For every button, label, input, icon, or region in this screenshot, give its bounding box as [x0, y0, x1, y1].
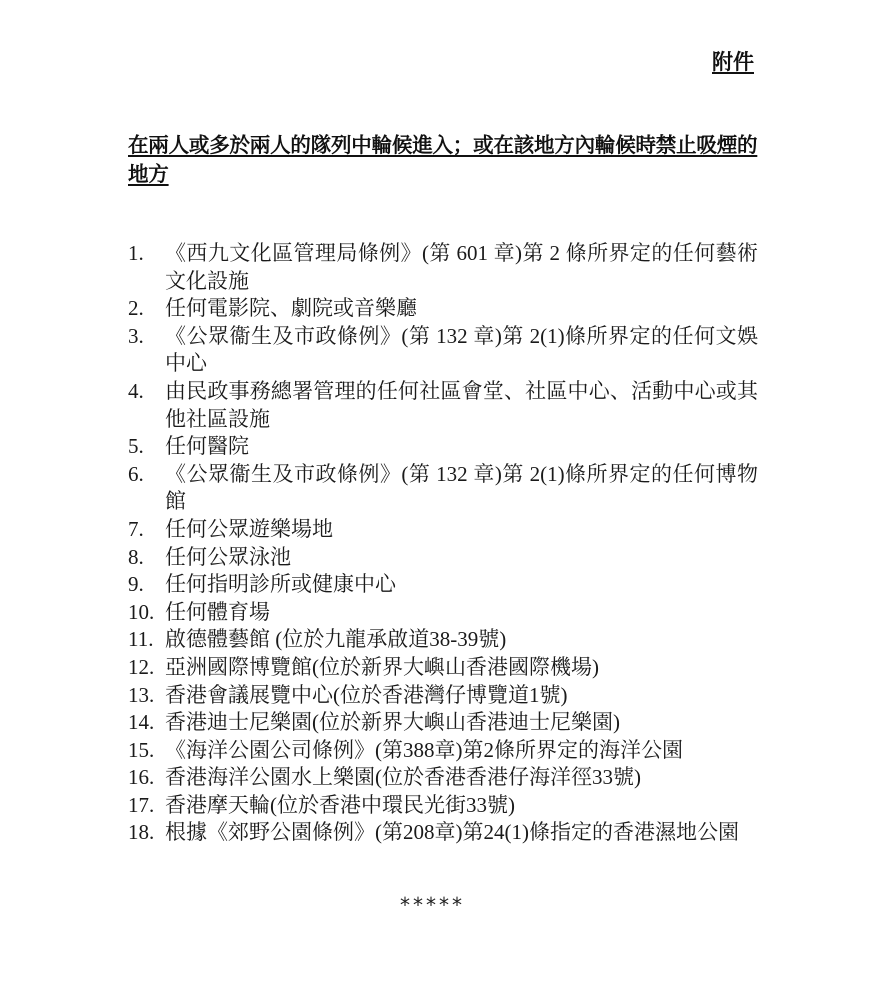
item-number: 4. [128, 378, 165, 406]
item-number: 1. [128, 240, 165, 268]
item-number: 17. [128, 792, 165, 820]
item-text: 任何公眾泳池 [165, 544, 758, 572]
item-number: 13. [128, 682, 165, 710]
list-item: 17.香港摩天輪(位於香港中環民光街33號) [128, 792, 758, 820]
item-number: 3. [128, 323, 165, 351]
item-text: 任何公眾遊樂場地 [165, 516, 758, 544]
item-number: 14. [128, 709, 165, 737]
item-text: 香港海洋公園水上樂園(位於香港香港仔海洋徑33號) [165, 764, 758, 792]
list-item: 5.任何醫院 [128, 433, 758, 461]
item-number: 9. [128, 571, 165, 599]
annex-label: 附件 [712, 48, 754, 76]
item-number: 2. [128, 295, 165, 323]
list-item: 16.香港海洋公園水上樂園(位於香港香港仔海洋徑33號) [128, 764, 758, 792]
item-number: 16. [128, 764, 165, 792]
list-item: 8.任何公眾泳池 [128, 544, 758, 572]
list-item: 14.香港迪士尼樂園(位於新界大嶼山香港迪士尼樂園) [128, 709, 758, 737]
item-text: 《公眾衞生及市政條例》(第 132 章)第 2(1)條所界定的任何博物館 [165, 461, 758, 516]
list-item: 2.任何電影院、劇院或音樂廳 [128, 295, 758, 323]
item-number: 12. [128, 654, 165, 682]
item-text: 任何體育場 [165, 599, 758, 627]
list-item: 3.《公眾衞生及市政條例》(第 132 章)第 2(1)條所界定的任何文娛中心 [128, 323, 758, 378]
item-number: 10. [128, 599, 165, 627]
item-text: 根據《郊野公園條例》(第208章)第24(1)條指定的香港濕地公園 [165, 819, 758, 847]
list-item: 15.《海洋公園公司條例》(第388章)第2條所界定的海洋公園 [128, 737, 758, 765]
item-number: 18. [128, 819, 165, 847]
item-text: 啟德體藝館 (位於九龍承啟道38-39號) [165, 626, 758, 654]
item-number: 15. [128, 737, 165, 765]
list-item: 4.由民政事務總署管理的任何社區會堂、社區中心、活動中心或其他社區設施 [128, 378, 758, 433]
item-text: 《海洋公園公司條例》(第388章)第2條所界定的海洋公園 [165, 737, 758, 765]
item-text: 香港會議展覽中心(位於香港灣仔博覽道1號) [165, 682, 758, 710]
list-item: 9.任何指明診所或健康中心 [128, 571, 758, 599]
item-text: 《西九文化區管理局條例》(第 601 章)第 2 條所界定的任何藝術文化設施 [165, 240, 758, 295]
item-text: 香港迪士尼樂園(位於新界大嶼山香港迪士尼樂園) [165, 709, 758, 737]
end-marker: ***** [400, 893, 465, 917]
item-number: 7. [128, 516, 165, 544]
item-text: 香港摩天輪(位於香港中環民光街33號) [165, 792, 758, 820]
list-item: 12.亞洲國際博覽館(位於新界大嶼山香港國際機場) [128, 654, 758, 682]
list-item: 10.任何體育場 [128, 599, 758, 627]
item-number: 11. [128, 626, 165, 654]
list-item: 11.啟德體藝館 (位於九龍承啟道38-39號) [128, 626, 758, 654]
item-text: 任何電影院、劇院或音樂廳 [165, 295, 758, 323]
item-text: 任何醫院 [165, 433, 758, 461]
item-number: 5. [128, 433, 165, 461]
list-item: 7.任何公眾遊樂場地 [128, 516, 758, 544]
item-text: 任何指明診所或健康中心 [165, 571, 758, 599]
item-number: 8. [128, 544, 165, 572]
list-item: 6.《公眾衞生及市政條例》(第 132 章)第 2(1)條所界定的任何博物館 [128, 461, 758, 516]
document-title: 在兩人或多於兩人的隊列中輪候進入；或在該地方內輪候時禁止吸煙的地方 [128, 131, 760, 189]
item-text: 由民政事務總署管理的任何社區會堂、社區中心、活動中心或其他社區設施 [165, 378, 758, 433]
item-text: 亞洲國際博覽館(位於新界大嶼山香港國際機場) [165, 654, 758, 682]
premises-list: 1.《西九文化區管理局條例》(第 601 章)第 2 條所界定的任何藝術文化設施… [128, 240, 758, 847]
item-text: 《公眾衞生及市政條例》(第 132 章)第 2(1)條所界定的任何文娛中心 [165, 323, 758, 378]
list-item: 1.《西九文化區管理局條例》(第 601 章)第 2 條所界定的任何藝術文化設施 [128, 240, 758, 295]
list-item: 13.香港會議展覽中心(位於香港灣仔博覽道1號) [128, 682, 758, 710]
list-item: 18.根據《郊野公園條例》(第208章)第24(1)條指定的香港濕地公園 [128, 819, 758, 847]
item-number: 6. [128, 461, 165, 489]
